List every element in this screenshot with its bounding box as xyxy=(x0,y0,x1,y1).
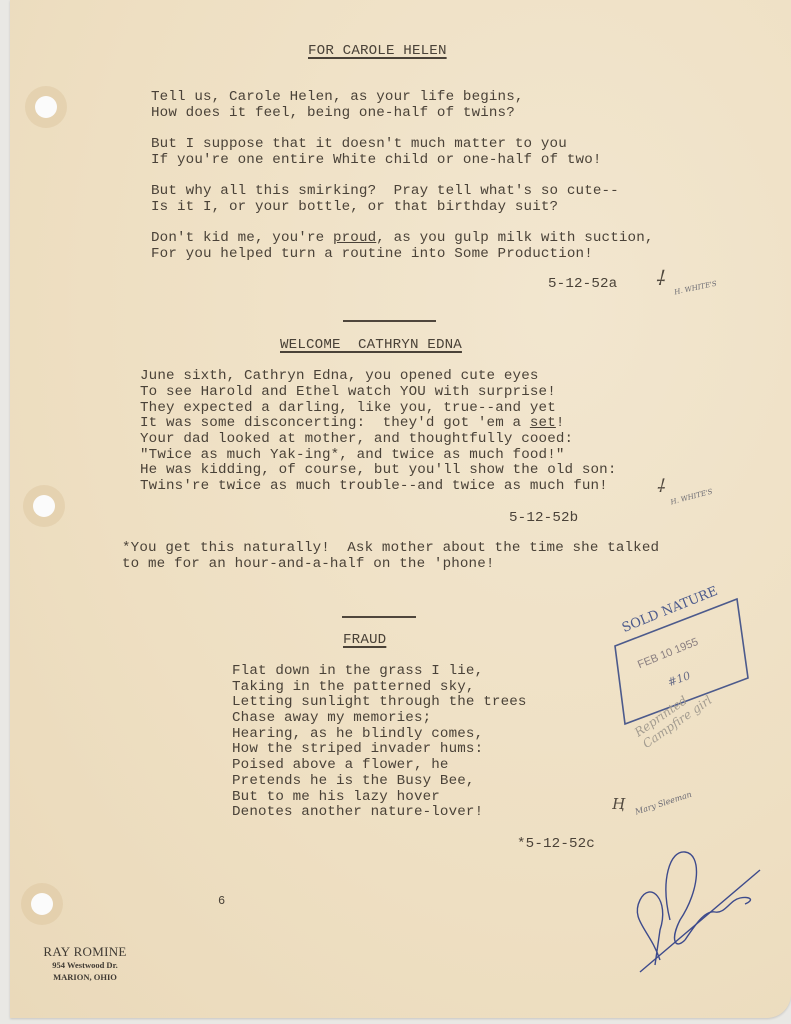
poem-line: How the striped invader hums: xyxy=(232,742,483,758)
punch-hole xyxy=(35,96,57,118)
poem-line: It was some disconcerting: they'd got 'e… xyxy=(140,416,565,432)
initials-mark: ⸸ xyxy=(655,264,664,291)
text: It was some disconcerting: they'd got 'e… xyxy=(140,415,530,431)
author-street: 954 Westwood Dr. xyxy=(30,960,140,970)
poem-code: 5-12-52a xyxy=(548,277,617,293)
poem-title: WELCOME CATHRYN EDNA xyxy=(280,338,462,354)
poem-line: Tell us, Carole Helen, as your life begi… xyxy=(151,90,524,106)
poem-line: If you're one entire White child or one-… xyxy=(151,153,602,169)
poem-line: Pretends he is the Busy Bee, xyxy=(232,774,475,790)
poem-line: Twins're twice as much trouble--and twic… xyxy=(140,479,608,495)
underlined-word: set xyxy=(530,415,556,431)
poem-line: For you helped turn a routine into Some … xyxy=(151,247,593,263)
poem-line: But I suppose that it doesn't much matte… xyxy=(151,137,567,153)
poem-line: He was kidding, of course, but you'll sh… xyxy=(140,463,617,479)
poem-line: Don't kid me, you're proud, as you gulp … xyxy=(151,231,654,247)
poem-line: Chase away my memories; xyxy=(232,711,431,727)
page-number: 6 xyxy=(218,894,225,910)
poem-line: Denotes another nature-lover! xyxy=(232,805,483,821)
underlined-word: proud xyxy=(333,230,376,246)
signature xyxy=(620,840,770,980)
poem-line: How does it feel, being one-half of twin… xyxy=(151,106,515,122)
text: ! xyxy=(556,415,565,431)
section-divider xyxy=(343,320,436,322)
poem-line: Poised above a flower, he xyxy=(232,758,449,774)
initials-mark: ⸸ xyxy=(656,474,664,498)
poem-code: *5-12-52c xyxy=(517,837,595,853)
poem-title: FRAUD xyxy=(343,633,386,649)
text: , as you gulp milk with suction, xyxy=(376,230,653,246)
section-divider xyxy=(342,616,416,618)
poem-line: Is it I, or your bottle, or that birthda… xyxy=(151,200,558,216)
poem-code: 5-12-52b xyxy=(509,511,578,527)
author-name: RAY ROMINE xyxy=(30,944,140,960)
text: Don't kid me, you're xyxy=(151,230,333,246)
poem-line: But why all this smirking? Pray tell wha… xyxy=(151,184,619,200)
punch-hole xyxy=(31,893,53,915)
poem-line: June sixth, Cathryn Edna, you opened cut… xyxy=(140,369,539,385)
poem-line: To see Harold and Ethel watch YOU with s… xyxy=(140,385,556,401)
poem-title: FOR CAROLE HELEN xyxy=(308,44,447,60)
poem-line: Flat down in the grass I lie, xyxy=(232,664,483,680)
punch-hole xyxy=(33,495,55,517)
footnote-line: to me for an hour-and-a-half on the 'pho… xyxy=(122,557,495,573)
poem-line: Letting sunlight through the trees xyxy=(232,695,527,711)
poem-line: Your dad looked at mother, and thoughtfu… xyxy=(140,432,573,448)
author-city: MARION, OHIO xyxy=(30,972,140,982)
footnote-line: *You get this naturally! Ask mother abou… xyxy=(122,541,659,557)
initials-mark: Ⱨ xyxy=(612,795,625,813)
